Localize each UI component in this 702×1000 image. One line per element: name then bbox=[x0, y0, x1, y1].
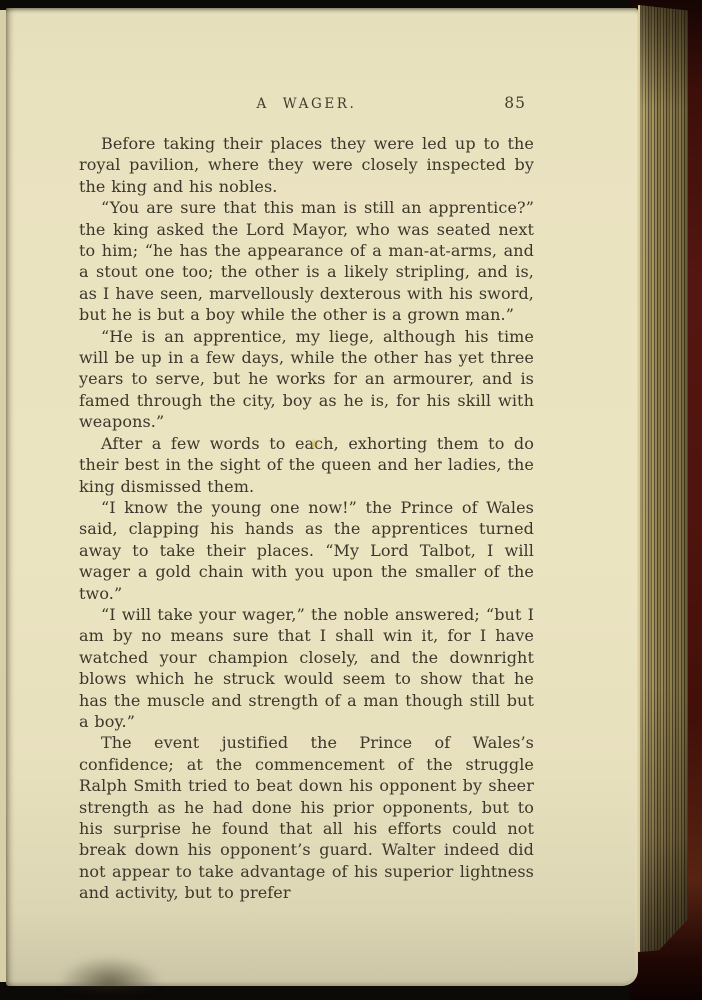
paragraph: After a few words to each, exhorting the… bbox=[79, 433, 534, 497]
fore-edge-page-stack bbox=[638, 5, 688, 952]
scanned-book-photo: A WAGER. 85 Before taking their places t… bbox=[0, 0, 702, 1000]
paragraph: “I know the young one now!” the Prince o… bbox=[79, 497, 534, 604]
page-header: A WAGER. 85 bbox=[79, 94, 534, 120]
paragraph: “He is an apprentice, my liege, although… bbox=[79, 326, 534, 433]
running-title: A WAGER. bbox=[79, 94, 534, 115]
paragraph: “You are sure that this man is still an … bbox=[79, 197, 534, 325]
paragraph: Before taking their places they were led… bbox=[79, 133, 534, 197]
fore-edge-shading bbox=[640, 5, 688, 952]
book-page: A WAGER. 85 Before taking their places t… bbox=[6, 8, 638, 986]
paragraph: “I will take your wager,” the noble answ… bbox=[79, 604, 534, 732]
printed-text-block: A WAGER. 85 Before taking their places t… bbox=[79, 94, 534, 904]
paper-stain bbox=[310, 438, 319, 450]
page-bottom-shadow bbox=[58, 956, 162, 990]
paragraph: The event justified the Prince of Wales’… bbox=[79, 732, 534, 903]
page-number: 85 bbox=[504, 93, 526, 114]
